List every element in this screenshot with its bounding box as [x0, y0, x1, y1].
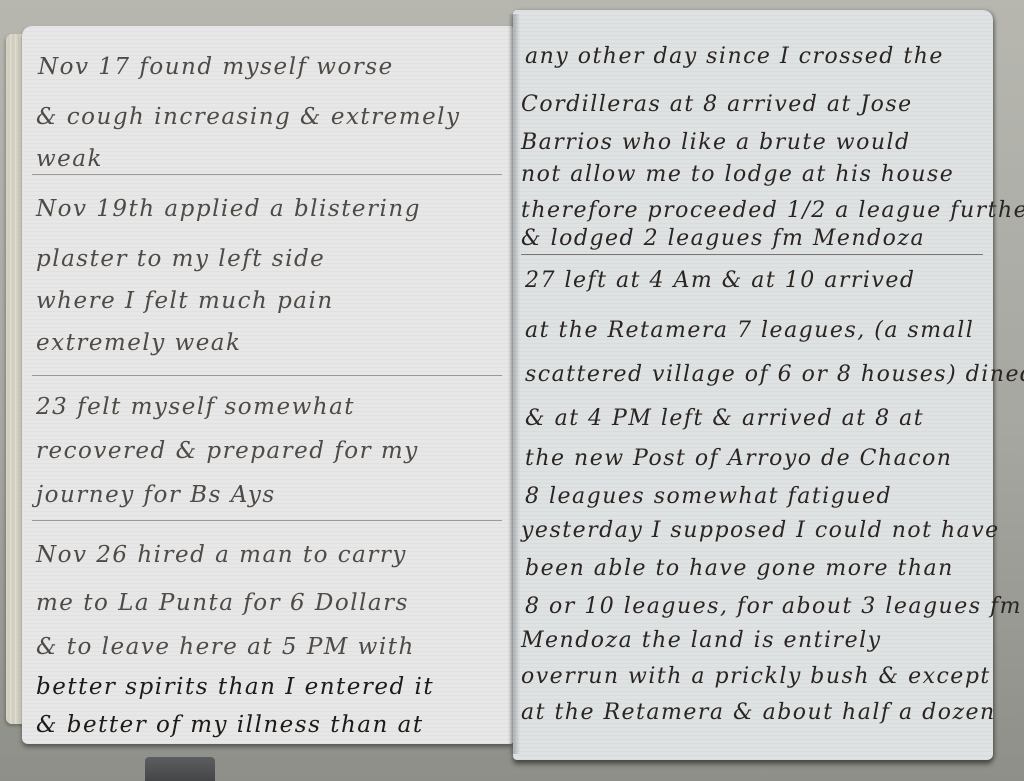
right-page: any other day since I crossed the Cordil…: [513, 10, 993, 760]
handwritten-line: extremely weak: [36, 330, 241, 356]
handwritten-line: journey for Bs Ays: [36, 482, 276, 508]
handwritten-line: better spirits than I entered it: [36, 674, 434, 700]
handwritten-line: Nov 19th applied a blistering: [36, 196, 421, 222]
entry-divider: [32, 375, 502, 376]
left-page: Nov 17 found myself worse & cough increa…: [22, 26, 514, 744]
handwritten-line: 27 left at 4 Am & at 10 arrived: [525, 268, 915, 293]
handwritten-line: & to leave here at 5 PM with: [36, 634, 415, 660]
entry-divider: [32, 174, 502, 175]
handwritten-line: Mendoza the land is entirely: [521, 628, 882, 653]
handwritten-line: & cough increasing & extremely: [36, 104, 461, 130]
handwritten-line: therefore proceeded 1/2 a league further…: [521, 198, 1024, 223]
handwritten-line: at the Retamera & about half a dozen: [521, 700, 996, 725]
handwritten-line: plaster to my left side: [36, 246, 325, 272]
handwritten-line: Barrios who like a brute would: [521, 130, 911, 155]
book-gutter: [508, 14, 520, 754]
handwritten-line: been able to have gone more than: [525, 556, 954, 581]
handwritten-line: where I felt much pain: [36, 288, 334, 314]
handwritten-line: Nov 17 found myself worse: [38, 54, 394, 80]
entry-divider: [32, 520, 502, 521]
handwritten-line: & lodged 2 leagues fm Mendoza: [521, 226, 925, 251]
handwritten-line: scattered village of 6 or 8 houses) dine…: [525, 362, 1024, 387]
binder-clip: [145, 757, 215, 781]
handwritten-line: & better of my illness than at: [36, 712, 424, 738]
handwritten-line: overrun with a prickly bush & except: [521, 664, 991, 689]
handwritten-line: 8 or 10 leagues, for about 3 leagues fm: [525, 594, 1022, 619]
handwritten-line: any other day since I crossed the: [525, 44, 944, 69]
handwritten-line: & at 4 PM left & arrived at 8 at: [525, 406, 924, 431]
handwritten-line: 8 leagues somewhat fatigued: [525, 484, 892, 509]
handwritten-line: me to La Punta for 6 Dollars: [36, 590, 409, 616]
handwritten-line: at the Retamera 7 leagues, (a small: [525, 318, 974, 343]
handwritten-line: Cordilleras at 8 arrived at Jose: [521, 92, 913, 117]
handwritten-line: 23 felt myself somewhat: [36, 394, 355, 420]
handwritten-line: the new Post of Arroyo de Chacon: [525, 446, 952, 471]
handwritten-line: not allow me to lodge at his house: [521, 162, 954, 187]
handwritten-line: recovered & prepared for my: [36, 438, 419, 464]
entry-divider: [521, 254, 983, 255]
handwritten-line: yesterday I supposed I could not have: [521, 518, 1000, 543]
handwritten-line: Nov 26 hired a man to carry: [36, 542, 407, 568]
handwritten-line: weak: [36, 146, 103, 172]
